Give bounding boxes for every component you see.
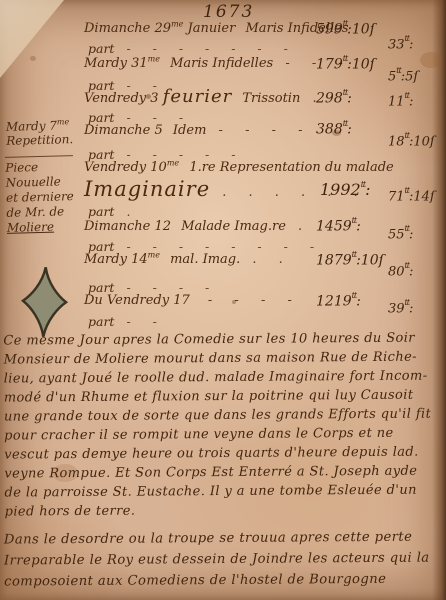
filler-dashes: - - - -: [208, 293, 293, 308]
ledger-entry-line: Imaginaire . . . . . .: [84, 177, 359, 201]
entry-date: Mardy 31me: [84, 56, 160, 71]
entry-receipts: 1459tt:: [316, 218, 361, 235]
entry-receipts: 599tt:10ſ: [316, 21, 375, 38]
margin-note-new-piece: Piece Nouuelle et derniere de Mr. de Mol…: [5, 155, 75, 236]
torn-paper-corner: [0, 0, 64, 78]
entry-receipts: 1992tt:: [320, 180, 371, 199]
entry-date: Dimanche 5: [84, 123, 163, 138]
ledger-entry-line: Dimanche 12 Malade Imag.re .: [84, 218, 303, 234]
entry-play-title: Maris Infidelles: [170, 56, 273, 71]
part-line: part - - - - - - -: [88, 41, 289, 56]
manuscript-page: 1673 Dimanche 29me Januier Maris Infidel…: [0, 0, 446, 600]
ledger-entry-line: Mardy 31me Maris Infidelles - - -: [84, 55, 344, 71]
part-amount: 80tt:: [388, 263, 413, 279]
ledger-entry-line: Mardy 14me mal. Imag. . .: [84, 251, 284, 267]
part-amount: 55tt:: [388, 226, 413, 242]
ledger-entry-line: Du Vendredy 17 - - - -: [84, 292, 293, 308]
part-amount: 39tt:: [388, 300, 413, 316]
margin-note-rehearsal: Mardy 7me Repetition.: [6, 115, 74, 148]
filler-dashes: - - - -: [219, 123, 304, 138]
part-amount: 71tt:14ſ: [388, 188, 435, 204]
ledger-entry-line: Vendredy 3 feurier Trissotin .: [84, 86, 318, 107]
prose-line: de la parroisse St. Eustache. Il y a une…: [4, 480, 444, 502]
month-flourish: feurier: [163, 86, 233, 107]
troupe-note-paragraph: Dans le desordre ou la troupe se trouua …: [4, 526, 444, 592]
death-note-paragraph: Ce mesme Jour apres la Comedie sur les 1…: [3, 328, 444, 521]
entry-receipts: 388tt:: [316, 121, 352, 138]
prose-line: pied hors de terre.: [5, 499, 445, 521]
part-line: part .: [88, 204, 131, 219]
entry-play-title: Trissotin: [242, 91, 300, 106]
paper-speck: [30, 56, 36, 61]
paper-stain: [420, 52, 442, 68]
entry-receipts: 1879tt:10ſ: [316, 252, 384, 269]
entry-receipts: 298tt:: [316, 90, 352, 107]
prose-line: composoient aux Comediens de l'hostel de…: [4, 568, 444, 592]
entry-date: Dimanche 29me Januier: [84, 21, 235, 36]
year-heading: 1673: [203, 2, 254, 22]
entry-date: Vendredy 3: [84, 91, 159, 106]
part-line: part - -: [88, 314, 158, 329]
entry-play-title: Idem: [173, 123, 206, 138]
entry-date: Dimanche 12: [84, 219, 171, 234]
entry-play-title-large: Imaginaire: [84, 177, 210, 201]
entry-date: Vendredy 10me: [84, 160, 179, 175]
entry-play-title: Malade Imag.re: [181, 219, 286, 234]
entry-date: Mardy 14me: [84, 252, 160, 267]
filler-dashes: .: [298, 219, 303, 234]
entry-play-title: 1.re Representation du malade: [189, 160, 393, 175]
entry-receipts: 1219tt:: [316, 293, 361, 310]
death-lozenge-mark: [20, 264, 70, 340]
part-amount: 18tt:10ſ: [388, 133, 435, 149]
entry-date: Du Vendredy 17: [84, 293, 190, 308]
entry-play-title: mal. Imag.: [170, 252, 240, 267]
part-amount: 11tt:: [388, 93, 413, 109]
part-amount: 33tt:: [388, 36, 413, 52]
ledger-entry-line: Dimanche 5 Idem - - - -: [84, 122, 304, 138]
filler-dashes: . .: [252, 252, 283, 267]
ledger-entry-line: Vendredy 10me 1.re Representation du mal…: [84, 159, 394, 175]
part-amount: 5tt:5ſ: [388, 68, 418, 84]
entry-receipts: 179tt:10ſ: [316, 56, 375, 73]
